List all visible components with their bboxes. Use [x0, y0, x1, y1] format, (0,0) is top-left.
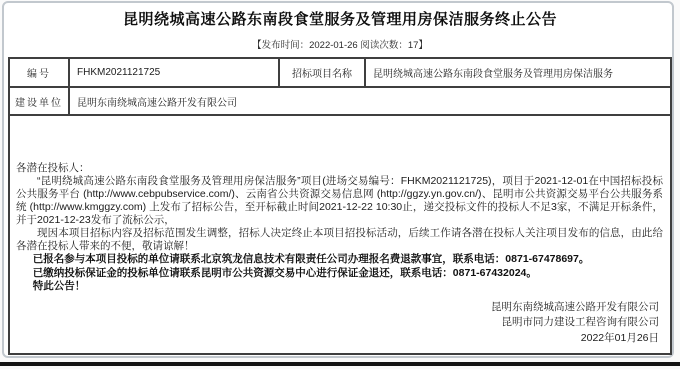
body-paragraph-1: “昆明绕城高速公路东南段食堂服务及管理用房保洁服务”项目(进场交易编号：FHKM…	[16, 175, 663, 227]
page-title: 昆明绕城高速公路东南段食堂服务及管理用房保洁服务终止公告	[0, 8, 680, 29]
refund-notice-deposit: 已缴纳投标保证金的投标单位请联系昆明市公共资源交易中心进行保证金退还，联系电话：…	[16, 267, 663, 281]
signature-date: 2022年01月26日	[16, 331, 659, 347]
value-number: FHKM2021121725	[70, 59, 280, 86]
signature-company-2: 昆明市同力建设工程咨询有限公司	[16, 315, 659, 331]
announcement-body: 各潜在投标人： “昆明绕城高速公路东南段食堂服务及管理用房保洁服务”项目(进场交…	[10, 116, 670, 353]
table-row: 编号 FHKM2021121725 招标项目名称 昆明绕城高速公路东南段食堂服务…	[10, 59, 670, 88]
label-construction-unit: 建设单位	[10, 88, 70, 114]
closing-statement: 特此公告！	[16, 280, 663, 294]
refund-notice-registration: 已报名参与本项目投标的单位请联系北京筑龙信息技术有限责任公司办理报名费退款事宜，…	[16, 253, 663, 267]
label-number: 编号	[10, 59, 70, 86]
value-construction-unit: 昆明东南绕城高速公路开发有限公司	[70, 88, 670, 114]
bottom-rule	[0, 362, 680, 366]
signature-company-1: 昆明东南绕城高速公路开发有限公司	[16, 300, 659, 316]
info-table: 编号 FHKM2021121725 招标项目名称 昆明绕城高速公路东南段食堂服务…	[8, 57, 672, 355]
label-project-name: 招标项目名称	[280, 59, 366, 86]
body-paragraph-2: 现因本项目招标内容及招标范围发生调整，招标人决定终止本项目招投标活动，后续工作请…	[16, 227, 663, 253]
publish-meta-line: 【发布时间：2022-01-26 阅读次数：17】	[0, 37, 680, 51]
signature-block: 昆明东南绕城高速公路开发有限公司 昆明市同力建设工程咨询有限公司 2022年01…	[16, 300, 663, 347]
announcement-page: 昆明绕城高速公路东南段食堂服务及管理用房保洁服务终止公告 【发布时间：2022-…	[0, 0, 680, 369]
salutation: 各潜在投标人：	[16, 162, 663, 175]
value-project-name: 昆明绕城高速公路东南段食堂服务及管理用房保洁服务	[366, 59, 670, 86]
table-row: 建设单位 昆明东南绕城高速公路开发有限公司	[10, 88, 670, 116]
